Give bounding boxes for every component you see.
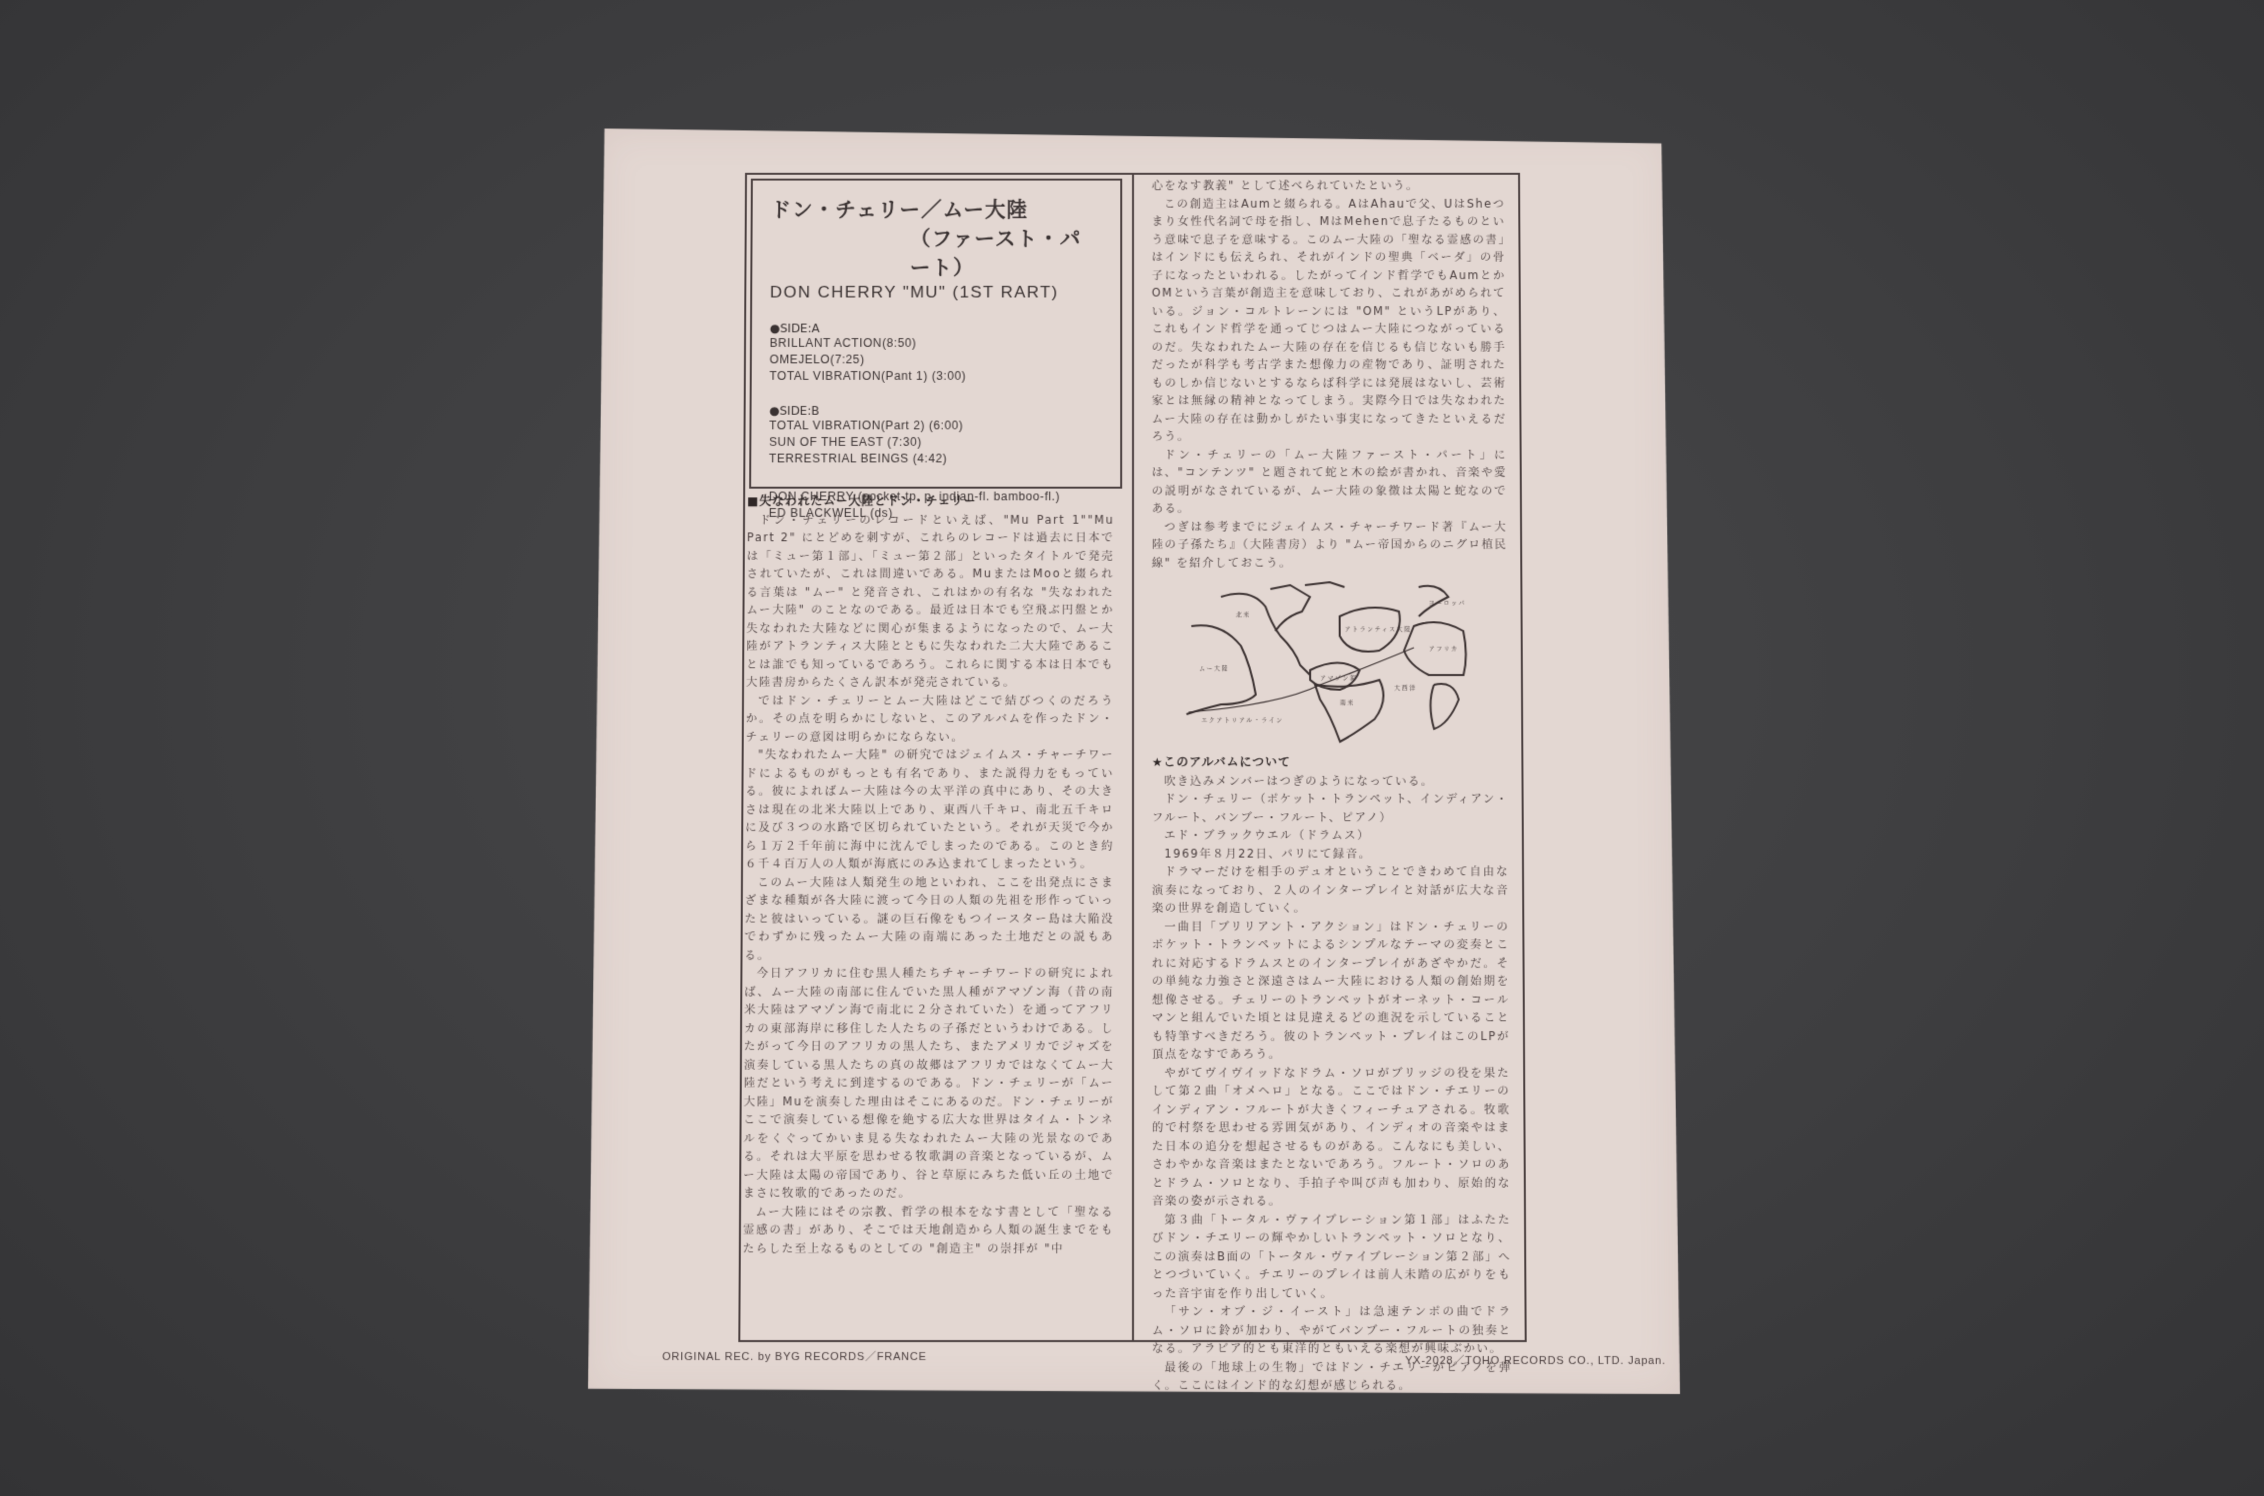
- svg-text:ヨーロッパ: ヨーロッパ: [1429, 600, 1466, 607]
- track-a1: BRILLANT ACTION(8:50): [770, 335, 1103, 351]
- paragraph: 心をなす教義" として述べられていたという。: [1152, 177, 1506, 195]
- paragraph: "失なわれたムー大陸" の研究ではジェイムス・チャーチワードによるものがもっとも…: [745, 746, 1114, 873]
- side-a-label: ●SIDE:A: [770, 322, 1103, 336]
- paragraph: 「サン・オブ・ジ・イースト」は急速テンポの曲でドラム・ソロに鈴が加わり、やがてバ…: [1152, 1302, 1512, 1357]
- english-title: DON CHERRY "MU" (1ST RART): [770, 283, 1103, 302]
- paragraph: 1969年８月22日、パリにて録音。: [1152, 844, 1509, 862]
- paragraph: ドン・チェリー（ポケット・トランペット、インディアン・フルート、バンブー・フルー…: [1152, 790, 1509, 826]
- liner-notes-sheet: ドン・チェリー／ムー大陸 （ファースト・パート） DON CHERRY "MU"…: [588, 129, 1680, 1394]
- japanese-title: ドン・チェリー／ムー大陸 （ファースト・パート）: [770, 194, 1103, 281]
- paragraph: エド・ブラックウエル（ドラムス）: [1152, 826, 1509, 844]
- track-b2: SUN OF THE EAST (7:30): [769, 434, 1102, 451]
- footer-catalog: YX-2028／TOHO RECORDS CO., LTD. Japan.: [1405, 1352, 1666, 1368]
- paragraph: 第３曲「トータル・ヴァイブレーション第１部」はふたたびドン・チエリーの輝やかしい…: [1152, 1210, 1512, 1302]
- mu-migration-map: ムー大陸 アトランティス大陸 アフリカ ヨーロッパ 南米 アマゾン海 大西洋 北…: [1181, 577, 1478, 743]
- svg-text:南米: 南米: [1340, 698, 1355, 706]
- svg-text:エクアトリアル・ライン: エクアトリアル・ライン: [1201, 717, 1283, 724]
- svg-text:ムー大陸: ムー大陸: [1199, 664, 1229, 672]
- right-column-text: 心をなす教義" として述べられていたという。 この創造主はAumと綴られる。Aは…: [1142, 177, 1520, 1413]
- svg-text:アトランティス大陸: アトランティス大陸: [1345, 625, 1412, 633]
- author-signature: （岩浪洋三）: [1152, 1394, 1512, 1412]
- paragraph: ドラマーだけを相手のデュオということできわめて自由な演奏になっており、２人のイン…: [1152, 862, 1510, 917]
- track-b3: TERRESTRIAL BEINGS (4:42): [769, 451, 1102, 468]
- japanese-title-line1: ドン・チェリー／ムー大陸: [770, 198, 1028, 221]
- column-divider: [1132, 175, 1134, 1340]
- paragraph: ドン・チェリーの「ムー大陸ファースト・パート」には、"コンテンツ" と題されて蛇…: [1152, 445, 1507, 517]
- paragraph: 一曲目「ブリリアント・アクション」はドン・チェリーのポケット・トランペットによる…: [1152, 917, 1510, 1063]
- track-b1: TOTAL VIBRATION(Part 2) (6:00): [769, 418, 1102, 435]
- section-heading-mu: ■失なわれたムー大陸とドン・チェリー: [747, 493, 1114, 511]
- side-b-label: ●SIDE:B: [769, 404, 1102, 418]
- track-a3: TOTAL VIBRATION(Pant 1) (3:00): [769, 368, 1102, 384]
- svg-text:アマゾン海: アマゾン海: [1320, 674, 1357, 682]
- text-frame: ドン・チェリー／ムー大陸 （ファースト・パート） DON CHERRY "MU"…: [738, 173, 1526, 1342]
- paragraph: やがてヴイヴイッドなドラム・ソロがブリッジの役を果たして第２曲「オメヘロ」となる…: [1152, 1063, 1511, 1210]
- paragraph: ドン・チェリーのレコードといえば、"Mu Part 1""Mu Part 2" …: [746, 511, 1114, 692]
- paragraph: 今日アフリカに住む黒人種たちチャーチワードの研究によれば、ムー大陸の南部に住んで…: [743, 964, 1114, 1202]
- svg-text:アフリカ: アフリカ: [1429, 646, 1459, 653]
- paragraph: ではドン・チェリーとムー大陸はどこで結びつくのだろうか。その点を明らかにしないと…: [746, 691, 1115, 745]
- footer-original-rec: ORIGINAL REC. by BYG RECORDS／FRANCE: [662, 1348, 927, 1364]
- credits-box: ドン・チェリー／ムー大陸 （ファースト・パート） DON CHERRY "MU"…: [749, 179, 1122, 489]
- svg-text:北米: 北米: [1236, 610, 1251, 618]
- paragraph: 吹き込みメンバーはつぎのようになっている。: [1152, 772, 1509, 790]
- paragraph: ムー大陸にはその宗教、哲学の根本をなす書として「聖なる霊感の書」があり、そこでは…: [743, 1202, 1114, 1257]
- left-column-text: ■失なわれたムー大陸とドン・チェリー ドン・チェリーのレコードといえば、"Mu …: [741, 493, 1122, 1258]
- svg-text:大西洋: 大西洋: [1394, 684, 1417, 692]
- paragraph: この創造主はAumと綴られる。AはAhauで父、UはSheつまり女性代名詞で母を…: [1152, 195, 1507, 446]
- paragraph: つぎは参考までにジェイムス・チャーチワード著『ムー大陸の子孫たち』（大陸書房）よ…: [1152, 517, 1508, 571]
- section-heading-album: ★このアルバムについて: [1152, 753, 1509, 771]
- track-a2: OMEJELO(7:25): [770, 352, 1103, 368]
- paragraph: このムー大陸は人類発生の地といわれ、ここを出発点にさまざまな種類が各大陸に渡って…: [744, 873, 1114, 964]
- japanese-title-line2: （ファースト・パート）: [770, 223, 1103, 281]
